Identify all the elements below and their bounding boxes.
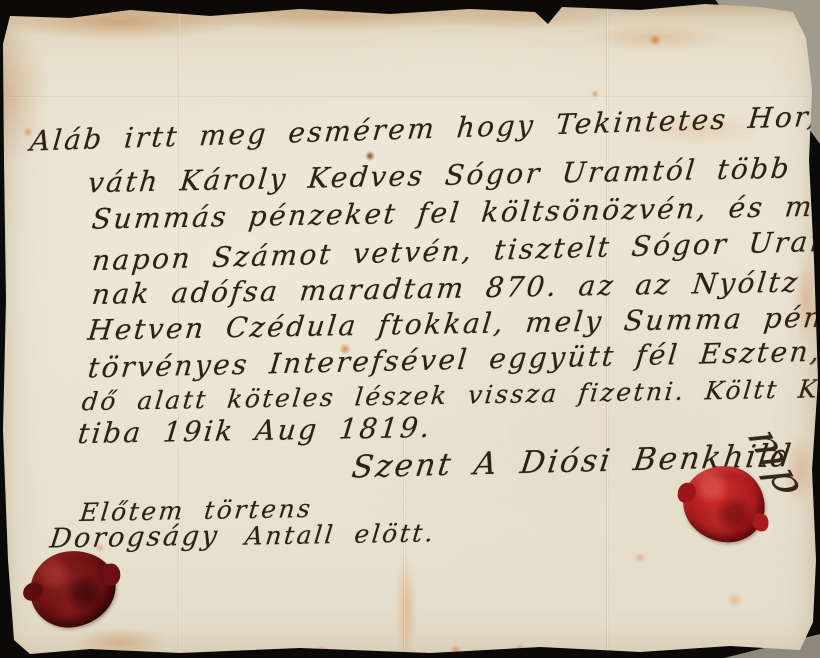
handwritten-date-line: tiba 19ik Aug 1819. <box>76 411 433 450</box>
fold-crease-horizontal <box>0 96 820 98</box>
scanned-document-photo: Aláb irtt meg esmérem hogy Tekintetes Ho… <box>0 0 820 658</box>
manuscript-paper: Aláb irtt meg esmérem hogy Tekintetes Ho… <box>0 0 820 658</box>
wax-seal-left <box>25 545 121 632</box>
handwritten-line: Aláb irtt meg esmérem hogy Tekintetes Ho… <box>29 99 820 157</box>
witness-signature-suffix: Antall elött. <box>243 518 436 550</box>
witness-signature: Dorogságy <box>48 520 221 554</box>
